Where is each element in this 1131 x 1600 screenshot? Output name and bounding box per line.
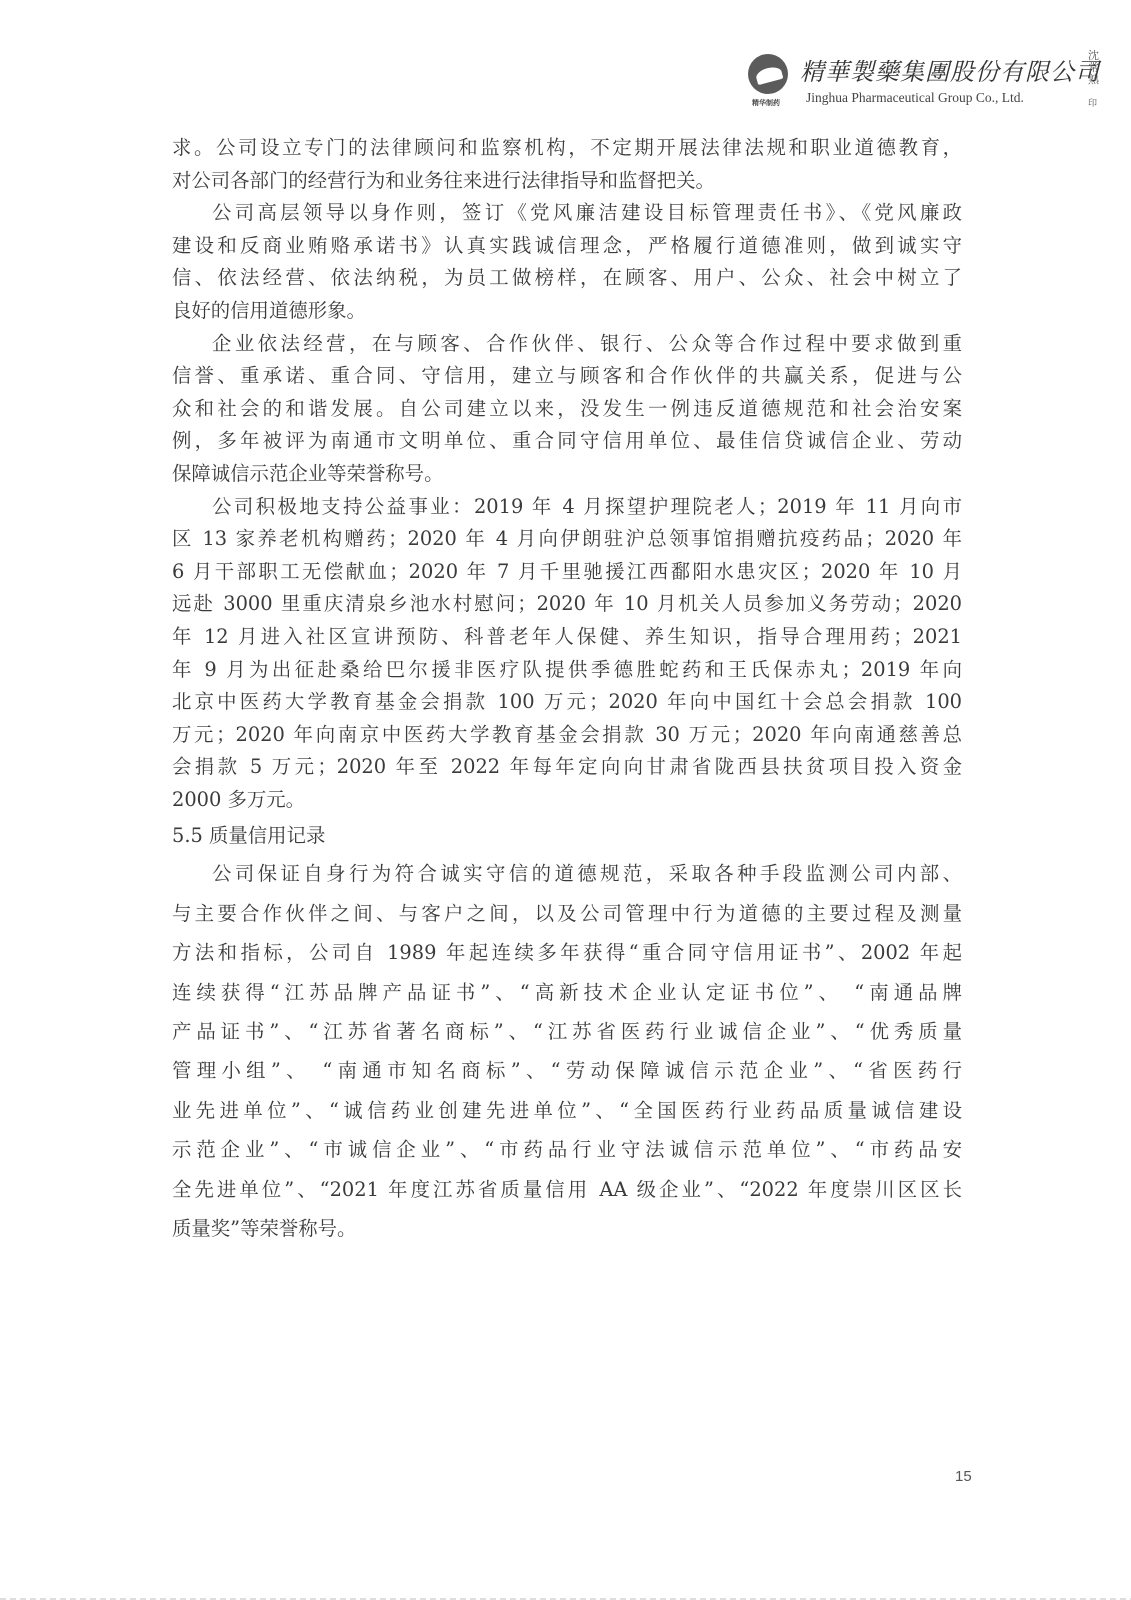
text-line: 万元；2020 年向南京中医药大学教育基金会捐款 30 万元；2020 年向南通… [172,719,962,752]
text-line: 对公司各部门的经营行为和业务往来进行法律指导和监督把关。 [172,165,962,198]
text-line: 企业依法经营，在与顾客、合作伙伴、银行、公众等合作过程中要求做到重 [172,328,962,361]
seal-mark-icon: 沈常熟 [1088,50,1102,86]
paragraph-quality-credit: 公司保证自身行为符合诚实守信的道德规范，采取各种手段监测公司内部、 与主要合作伙… [172,854,962,1248]
text-line: 北京中医药大学教育基金会捐款 100 万元；2020 年向中国红十会总会捐款 1… [172,686,962,719]
text-line: 年 12 月进入社区宣讲预防、科普老年人保健、养生知识，指导合理用药；2021 [172,621,962,654]
text-line: 会捐款 5 万元；2020 年至 2022 年每年定向向甘肃省陇西县扶贫项目投入… [172,751,962,784]
text-line: 管理小组”、 “南通市知名商标”、“劳动保障诚信示范企业”、“省医药行 [172,1051,962,1090]
text-line: 建设和反商业贿赂承诺书》认真实践诚信理念，严格履行道德准则，做到诚实守 [172,230,962,263]
text-line: 信、依法经营、依法纳税，为员工做榜样，在顾客、用户、公众、社会中树立了 [172,262,962,295]
logo-caption: 精华制药 [726,98,806,108]
text-line: 例，多年被评为南通市文明单位、重合同守信用单位、最佳信贷诚信企业、劳动 [172,425,962,458]
text-line: 连续获得“江苏品牌产品证书”、“高新技术企业认定证书位”、 “南通品牌 [172,973,962,1012]
company-logo-icon [748,54,788,94]
page-header: 精华制药 精華製藥集團股份有限公司 Jinghua Pharmaceutical… [748,52,1118,112]
paragraph-leadership-integrity: 公司高层领导以身作则，签订《党风廉洁建设目标管理责任书》、《党风廉政 建设和反商… [172,197,962,327]
text-line: 与主要合作伙伴之间、与客户之间，以及公司管理中行为道德的主要过程及测量 [172,894,962,933]
section-heading: 5.5 质量信用记录 [172,818,962,854]
company-name-cn: 精華製藥集團股份有限公司 [800,52,1100,87]
text-line: 区 13 家养老机构赠药；2020 年 4 月向伊朗驻沪总领事馆捐赠抗疫药品；2… [172,523,962,556]
text-line: 众和社会的和谐发展。自公司建立以来，没发生一例违反道德规范和社会治安案 [172,393,962,426]
text-line: 良好的信用道德形象。 [172,295,962,328]
paragraph-public-welfare: 公司积极地支持公益事业：2019 年 4 月探望护理院老人；2019 年 11 … [172,491,962,817]
text-line: 求。公司设立专门的法律顾问和监察机构，不定期开展法律法规和职业道德教育， [172,132,962,165]
text-line: 公司积极地支持公益事业：2019 年 4 月探望护理院老人；2019 年 11 … [172,491,962,524]
text-line: 产品证书”、“江苏省著名商标”、“江苏省医药行业诚信企业”、“优秀质量 [172,1012,962,1051]
text-line: 公司高层领导以身作则，签订《党风廉洁建设目标管理责任书》、《党风廉政 [172,197,962,230]
paragraph-legal-oversight: 求。公司设立专门的法律顾问和监察机构，不定期开展法律法规和职业道德教育， 对公司… [172,132,962,197]
text-line: 业先进单位”、“诚信药业创建先进单位”、“全国医药行业药品质量诚信建设 [172,1091,962,1130]
seal-stamp-icon: 印 [1088,96,1097,109]
text-line: 保障诚信示范企业等荣誉称号。 [172,458,962,491]
text-line: 2000 多万元。 [172,784,962,817]
page-number: 15 [955,1468,972,1485]
text-line: 6 月干部职工无偿献血；2020 年 7 月千里驰援江西鄱阳水患灾区；2020 … [172,556,962,589]
text-line: 方法和指标，公司自 1989 年起连续多年获得“重合同守信用证书”、2002 年… [172,933,962,972]
text-line: 年 9 月为出征赴桑给巴尔援非医疗队提供季德胜蛇药和王氏保赤丸；2019 年向 [172,654,962,687]
text-line: 公司保证自身行为符合诚实守信的道德规范，采取各种手段监测公司内部、 [172,854,962,893]
text-line: 远赴 3000 里重庆清泉乡池水村慰问；2020 年 10 月机关人员参加义务劳… [172,588,962,621]
text-line: 质量奖”等荣誉称号。 [172,1209,962,1248]
document-body: 求。公司设立专门的法律顾问和监察机构，不定期开展法律法规和职业道德教育， 对公司… [172,132,962,1248]
text-line: 示范企业”、“市诚信企业”、“市药品行业守法诚信示范单位”、“市药品安 [172,1130,962,1169]
text-line: 信誉、重承诺、重合同、守信用，建立与顾客和合作伙伴的共赢关系，促进与公 [172,360,962,393]
text-line: 全先进单位”、“2021 年度江苏省质量信用 AA 级企业”、“2022 年度崇… [172,1170,962,1209]
paragraph-lawful-operation: 企业依法经营，在与顾客、合作伙伴、银行、公众等合作过程中要求做到重 信誉、重承诺… [172,328,962,491]
company-name-en: Jinghua Pharmaceutical Group Co., Ltd. [806,90,1024,106]
